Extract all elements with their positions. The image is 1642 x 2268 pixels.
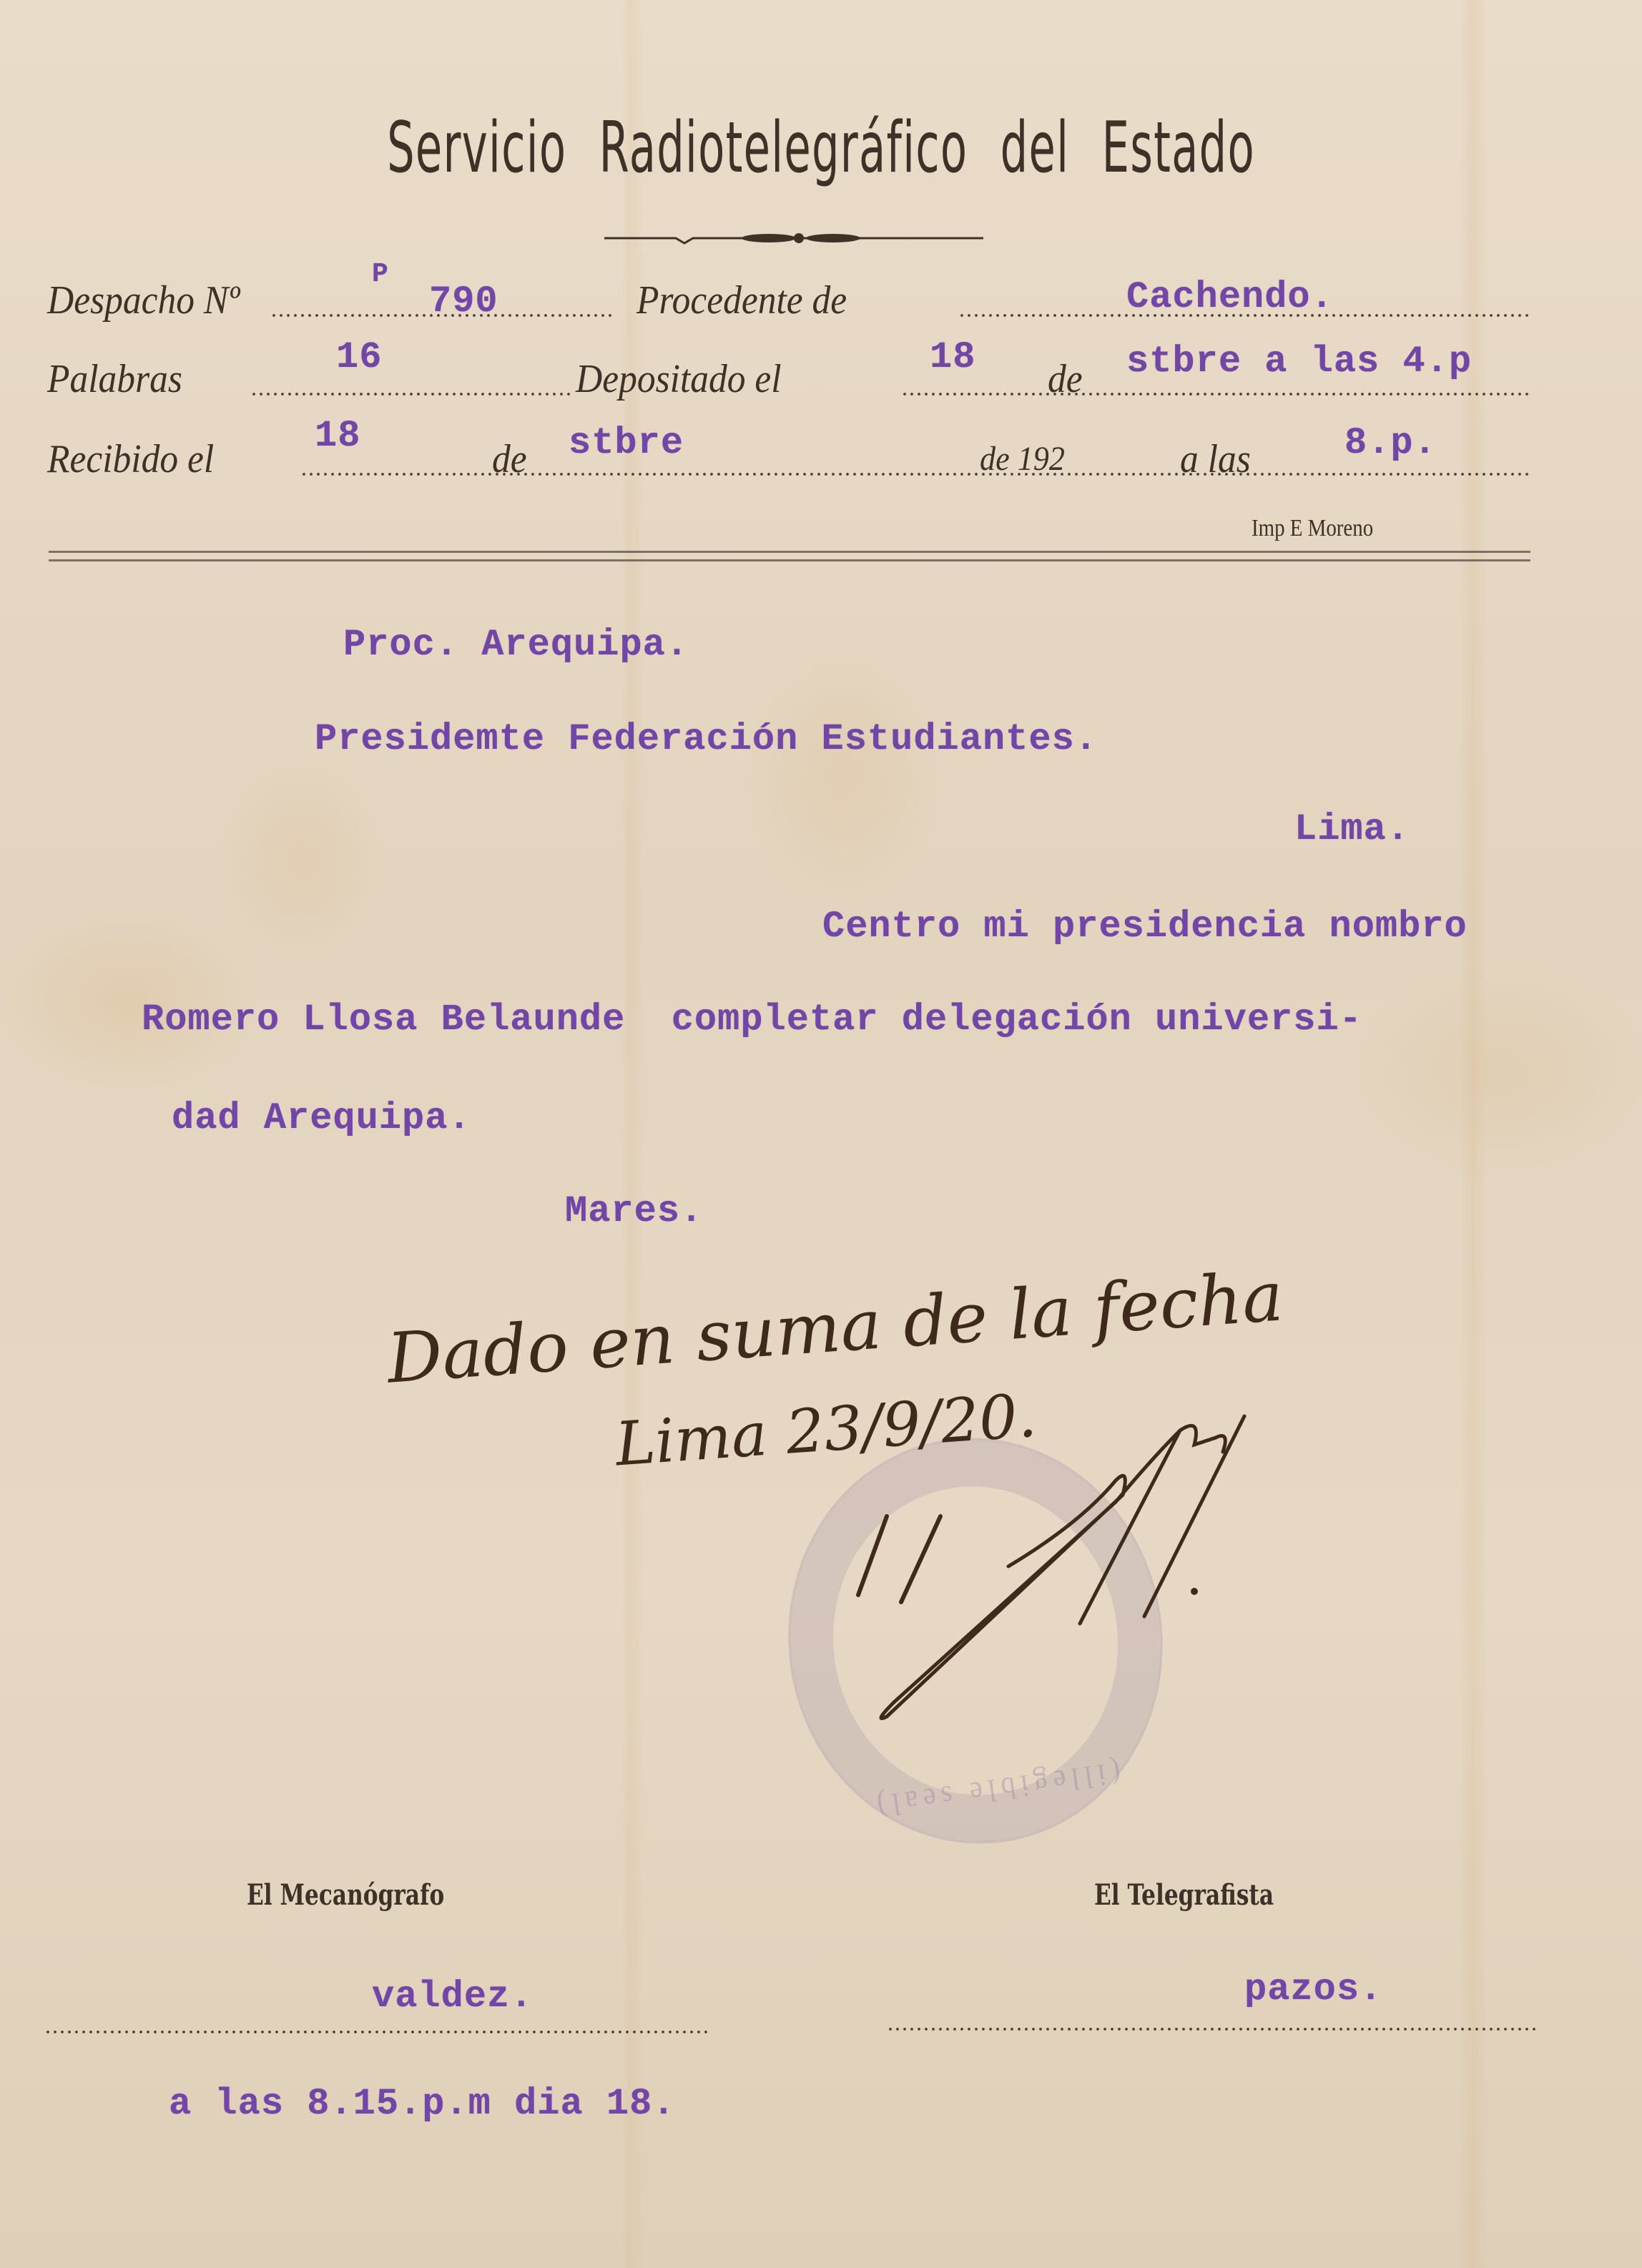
depositado-dotted-line — [901, 392, 1530, 396]
header-rule-bottom — [49, 559, 1530, 561]
recibido-day: 18 — [315, 415, 360, 457]
palabras-value: 16 — [336, 336, 382, 378]
message-body-line-3: dad Arequipa. — [172, 1097, 471, 1139]
typist-signature-line — [44, 2030, 709, 2034]
despacho-number: 790 — [429, 280, 498, 323]
procedente-label: Procedente de — [636, 278, 847, 323]
despacho-label: Despacho Nº — [47, 278, 240, 323]
recibido-de-label: de — [492, 436, 527, 482]
form-title: Servicio Radiotelegráfico del Estado — [312, 107, 1330, 189]
telegraphist-name: pazos. — [1244, 1968, 1382, 2011]
recibido-time: 8.p. — [1344, 422, 1437, 464]
recibido-month: stbre — [569, 422, 684, 464]
typist-name: valdez. — [372, 1975, 533, 2018]
delivery-note: a las 8.15.p.m dia 18. — [169, 2083, 676, 2125]
header-rule-top — [49, 551, 1530, 553]
depositado-label: Depositado el — [576, 356, 782, 402]
telegraphist-signature-line — [887, 2027, 1538, 2031]
printer-imprint: Imp E Moreno — [1252, 515, 1373, 542]
message-origin: Proc. Arequipa. — [343, 624, 689, 666]
recibido-dotted-line — [300, 472, 1530, 476]
message-recipient: Presidemte Federación Estudiantes. — [315, 718, 1098, 760]
message-body-line-1: Centro mi presidencia nombro — [822, 905, 1468, 948]
message-body-line-2: Romero Llosa Belaunde completar delegaci… — [142, 998, 1362, 1041]
depositado-de-label: de — [1048, 356, 1083, 402]
depositado-value: stbre a las 4.p — [1126, 340, 1472, 383]
recibido-time-label: a las — [1180, 436, 1251, 482]
recibido-label: Recibido el — [47, 436, 214, 482]
procedente-value: Cachendo. — [1126, 276, 1334, 318]
typist-label: El Mecanógrafo — [247, 1878, 444, 1912]
ornamental-divider — [597, 227, 990, 249]
handwritten-signature-icon — [844, 1388, 1359, 1731]
palabras-label: Palabras — [47, 356, 182, 402]
palabras-dotted-line — [250, 392, 572, 396]
message-destination: Lima. — [1294, 808, 1410, 850]
message-signature: Mares. — [565, 1190, 703, 1232]
despacho-prefix: P — [372, 259, 389, 290]
depositado-day: 18 — [930, 336, 975, 378]
telegraphist-label: El Telegrafista — [1094, 1878, 1274, 1912]
recibido-year-label: de 192 — [980, 439, 1065, 478]
